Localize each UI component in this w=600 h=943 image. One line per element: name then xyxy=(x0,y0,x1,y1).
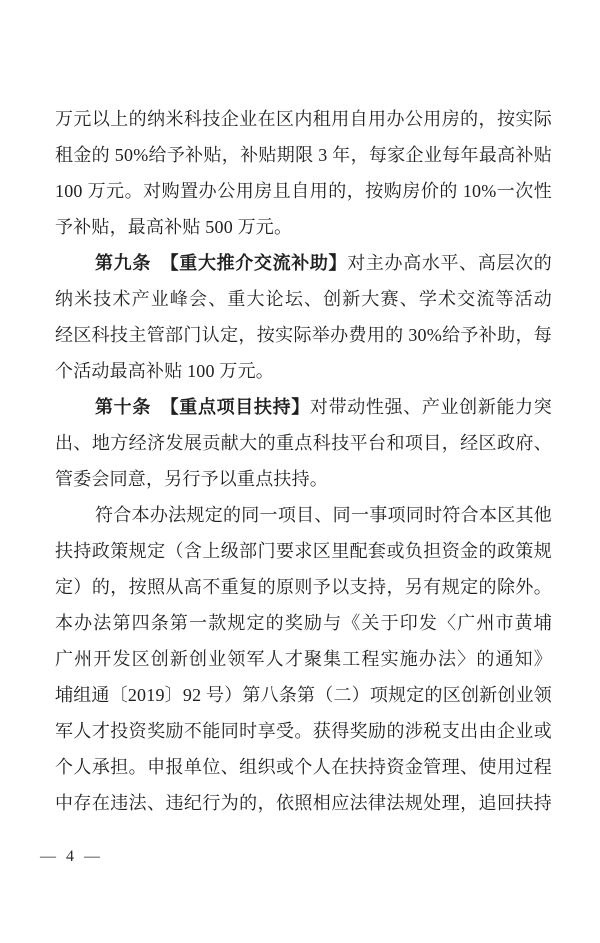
text-segment-bold: 第十条 【重点项目扶持】 xyxy=(95,397,310,417)
text-line: 万元以上的纳米科技企业在区内租用自用办公用房的，按实际 xyxy=(55,101,552,137)
text-line: 个人承担。申报单位、组织或个人在扶持资金管理、使用过程 xyxy=(55,749,552,785)
text-segment: 100 万元。对购置办公用房且自用的，按购房价的 10%一次性给 xyxy=(55,181,552,209)
text-line: 符合本办法规定的同一项目、同一事项同时符合本区其他 xyxy=(55,497,552,533)
text-line: 第十条 【重点项目扶持】对带动性强、产业创新能力突 xyxy=(55,389,552,425)
text-segment: 经区科技主管部门认定，按实际举办费用的 30%给予补助，每 xyxy=(55,325,552,345)
document-page: { "document": { "page_number": "— 4 —", … xyxy=(0,0,600,943)
text-segment: 定）的，按照从高不重复的原则予以支持，另有规定的除外。 xyxy=(55,577,552,597)
text-segment: 扶持政策规定（含上级部门要求区里配套或负担资金的政策规 xyxy=(55,541,552,561)
text-line: 本办法第四条第一款规定的奖励与《关于印发〈广州市黄埔区、 xyxy=(55,605,552,641)
text-segment: 万元以上的纳米科技企业在区内租用自用办公用房的，按实际 xyxy=(55,109,552,129)
text-segment: 予补贴，最高补贴 500 万元。 xyxy=(55,217,292,237)
text-segment: 个活动最高补贴 100 万元。 xyxy=(55,361,274,381)
text-line: 出、地方经济发展贡献大的重点科技平台和项目，经区政府、 xyxy=(55,425,552,461)
text-segment: 军人才投资奖励不能同时享受。获得奖励的涉税支出由企业或 xyxy=(55,721,552,741)
text-line: 租金的 50%给予补贴，补贴期限 3 年，每家企业每年最高补贴 xyxy=(55,137,552,173)
text-segment-bold: 第九条 【重大推介交流补助】 xyxy=(95,253,347,273)
text-line: 予补贴，最高补贴 500 万元。 xyxy=(55,209,552,245)
text-line: 扶持政策规定（含上级部门要求区里配套或负担资金的政策规 xyxy=(55,533,552,569)
text-segment: 符合本办法规定的同一项目、同一事项同时符合本区其他 xyxy=(95,505,552,525)
text-segment: 租金的 50%给予补贴，补贴期限 3 年，每家企业每年最高补贴 xyxy=(55,145,552,165)
text-line: 定）的，按照从高不重复的原则予以支持，另有规定的除外。 xyxy=(55,569,552,605)
text-segment: 埔组通〔2019〕92 号）第八条第（二）项规定的区创新创业领 xyxy=(55,685,552,705)
text-segment: 出、地方经济发展贡献大的重点科技平台和项目，经区政府、 xyxy=(55,433,552,453)
text-segment: 管委会同意，另行予以重点扶持。 xyxy=(55,469,328,489)
text-line: 第九条 【重大推介交流补助】对主办高水平、高层次的 xyxy=(55,245,552,281)
text-segment: 纳米技术产业峰会、重大论坛、创新大赛、学术交流等活动的， xyxy=(55,289,552,317)
page-number: — 4 — xyxy=(40,845,103,869)
text-line: 100 万元。对购置办公用房且自用的，按购房价的 10%一次性给 xyxy=(55,173,552,209)
text-line: 埔组通〔2019〕92 号）第八条第（二）项规定的区创新创业领 xyxy=(55,677,552,713)
text-segment: 对主办高水平、高层次的 xyxy=(347,253,552,273)
document-body: 万元以上的纳米科技企业在区内租用自用办公用房的，按实际租金的 50%给予补贴，补… xyxy=(55,101,552,821)
text-line: 经区科技主管部门认定，按实际举办费用的 30%给予补助，每 xyxy=(55,317,552,353)
text-line: 管委会同意，另行予以重点扶持。 xyxy=(55,461,552,497)
text-segment: 本办法第四条第一款规定的奖励与《关于印发〈广州市黄埔区、 xyxy=(55,613,552,641)
text-line: 军人才投资奖励不能同时享受。获得奖励的涉税支出由企业或 xyxy=(55,713,552,749)
text-line: 个活动最高补贴 100 万元。 xyxy=(55,353,552,389)
text-segment: 中存在违法、违纪行为的，依照相应法律法规处理，追回扶持 xyxy=(55,793,552,813)
text-line: 中存在违法、违纪行为的，依照相应法律法规处理，追回扶持 xyxy=(55,785,552,821)
text-segment: 对带动性强、产业创新能力突 xyxy=(310,397,552,417)
text-line: 纳米技术产业峰会、重大论坛、创新大赛、学术交流等活动的， xyxy=(55,281,552,317)
text-segment: 个人承担。申报单位、组织或个人在扶持资金管理、使用过程 xyxy=(55,757,552,777)
text-line: 广州开发区创新创业领军人才聚集工程实施办法〉的通知》（穗 xyxy=(55,641,552,677)
text-segment: 广州开发区创新创业领军人才聚集工程实施办法〉的通知》（穗 xyxy=(55,649,552,677)
